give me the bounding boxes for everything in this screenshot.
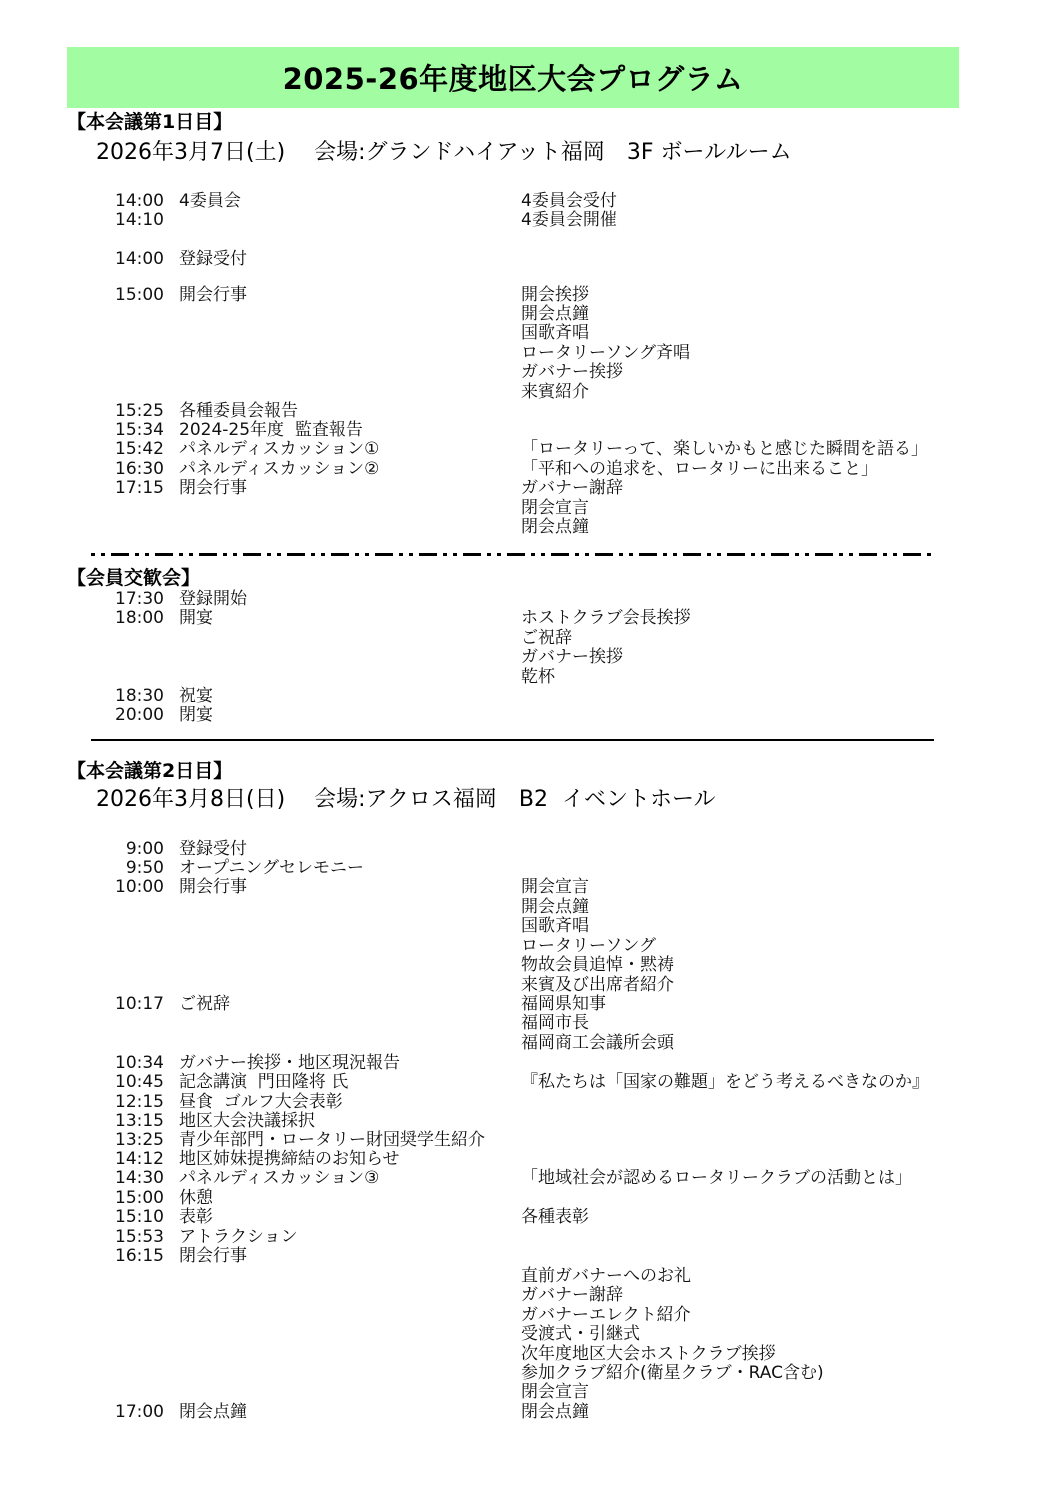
- item-cell: 閉宴: [179, 706, 213, 726]
- schedule-row: 14:30パネルディスカッション③「地域社会が認めるロータリークラブの活動とは」: [0, 1169, 1058, 1189]
- detail-cell: 「地域社会が認めるロータリークラブの活動とは」: [521, 1169, 912, 1189]
- schedule-row: 15:10表彰各種表彰: [0, 1208, 1058, 1228]
- detail-cell: 閉会宣言: [521, 499, 589, 519]
- time-cell: 13:25: [96, 1131, 164, 1151]
- time-cell: 9:00: [96, 840, 164, 860]
- schedule-row: ガバナー謝辞: [0, 1286, 1058, 1306]
- schedule-row: ご祝辞: [0, 629, 1058, 649]
- item-cell: 昼食 ゴルフ大会表彰: [179, 1093, 343, 1113]
- time-cell: 10:00: [96, 878, 164, 898]
- time-cell: 18:30: [96, 687, 164, 707]
- schedule-row: 閉会宣言: [0, 499, 1058, 519]
- schedule-row: 福岡商工会議所会頭: [0, 1034, 1058, 1054]
- schedule-row: 受渡式・引継式: [0, 1325, 1058, 1345]
- time-cell: 14:00: [96, 192, 164, 212]
- detail-cell: 開会宣言: [521, 878, 589, 898]
- schedule-row: 10:00開会行事開会宣言: [0, 878, 1058, 898]
- detail-cell: 各種表彰: [521, 1208, 589, 1228]
- schedule-row: ガバナー挨拶: [0, 648, 1058, 668]
- detail-cell: 来賓紹介: [521, 383, 589, 403]
- schedule-row: 10:17ご祝辞福岡県知事: [0, 995, 1058, 1015]
- detail-cell: ホストクラブ会長挨拶: [521, 609, 691, 629]
- item-cell: 開会行事: [179, 286, 247, 306]
- detail-cell: 福岡市長: [521, 1014, 589, 1034]
- time-cell: 18:00: [96, 609, 164, 629]
- time-cell: 17:15: [96, 479, 164, 499]
- day1-date-venue: 2026年3月7日(土) 会場:グランドハイアット福岡 3F ボールルーム: [96, 139, 792, 167]
- time-cell: 10:45: [96, 1073, 164, 1093]
- solid-divider: [91, 739, 934, 741]
- schedule-row: ロータリーソング: [0, 937, 1058, 957]
- item-cell: 休憩: [179, 1189, 213, 1209]
- schedule-row: 15:00休憩: [0, 1189, 1058, 1209]
- item-cell: 各種委員会報告: [179, 402, 298, 422]
- detail-cell: ガバナーエレクト紹介: [521, 1306, 691, 1326]
- time-cell: 17:00: [96, 1403, 164, 1423]
- time-cell: 16:15: [96, 1247, 164, 1267]
- detail-cell: 乾杯: [521, 668, 555, 688]
- detail-cell: ガバナー挨拶: [521, 363, 623, 383]
- detail-cell: ロータリーソング: [521, 937, 656, 957]
- schedule-row: 閉会宣言: [0, 1383, 1058, 1403]
- time-cell: 14:12: [96, 1150, 164, 1170]
- schedule-row: 15:00開会行事開会挨拶: [0, 286, 1058, 306]
- schedule-row: 10:34ガバナー挨拶・地区現況報告: [0, 1054, 1058, 1074]
- time-cell: 12:15: [96, 1093, 164, 1113]
- document-title: 2025-26年度地区大会プログラム: [283, 57, 744, 98]
- item-cell: 登録開始: [179, 590, 247, 610]
- schedule-row: 9:50オープニングセレモニー: [0, 859, 1058, 879]
- detail-cell: ガバナー挨拶: [521, 648, 623, 668]
- detail-cell: ガバナー謝辞: [521, 1286, 623, 1306]
- time-cell: 15:10: [96, 1208, 164, 1228]
- detail-cell: 「ロータリーって、楽しいかもと感じた瞬間を語る」: [521, 440, 928, 460]
- detail-cell: 国歌斉唱: [521, 917, 589, 937]
- schedule-row: 16:15閉会行事: [0, 1247, 1058, 1267]
- schedule-row: 閉会点鐘: [0, 518, 1058, 538]
- schedule-row: 開会点鐘: [0, 305, 1058, 325]
- item-cell: 閉会行事: [179, 479, 247, 499]
- schedule-row: 13:15地区大会決議採択: [0, 1112, 1058, 1132]
- item-cell: ガバナー挨拶・地区現況報告: [179, 1054, 400, 1074]
- item-cell: パネルディスカッション①: [179, 440, 379, 460]
- schedule-row: 14:12地区姉妹提携締結のお知らせ: [0, 1150, 1058, 1170]
- time-cell: 15:00: [96, 1189, 164, 1209]
- time-cell: 14:30: [96, 1169, 164, 1189]
- schedule-row: 15:25各種委員会報告: [0, 402, 1058, 422]
- schedule-row: 15:53アトラクション: [0, 1228, 1058, 1248]
- schedule-row: 15:42パネルディスカッション①「ロータリーって、楽しいかもと感じた瞬間を語る…: [0, 440, 1058, 460]
- detail-cell: 来賓及び出席者紹介: [521, 976, 674, 996]
- item-cell: 登録受付: [179, 840, 247, 860]
- section-heading-day1: 【本会議第1日目】: [67, 110, 232, 134]
- time-cell: 15:42: [96, 440, 164, 460]
- schedule-row: 来賓紹介: [0, 383, 1058, 403]
- schedule-row: 14:104委員会開催: [0, 211, 1058, 231]
- time-cell: 15:34: [96, 421, 164, 441]
- time-cell: 10:17: [96, 995, 164, 1015]
- title-banner: 2025-26年度地区大会プログラム: [67, 47, 959, 108]
- detail-cell: 「平和への追求を、ロータリーに出来ること」: [521, 460, 878, 480]
- time-cell: 15:25: [96, 402, 164, 422]
- item-cell: 地区姉妹提携締結のお知らせ: [179, 1150, 400, 1170]
- schedule-row: 10:45記念講演 門田隆将 氏『私たちは「国家の難題」をどう考えるべきなのか』: [0, 1073, 1058, 1093]
- schedule-row: 13:25青少年部門・ロータリー財団奨学生紹介: [0, 1131, 1058, 1151]
- time-cell: 14:10: [96, 211, 164, 231]
- detail-cell: 4委員会受付: [521, 192, 617, 212]
- schedule-row: 14:004委員会4委員会受付: [0, 192, 1058, 212]
- schedule-row: ガバナー挨拶: [0, 363, 1058, 383]
- schedule-row: 17:30登録開始: [0, 590, 1058, 610]
- schedule-row: 9:00登録受付: [0, 840, 1058, 860]
- section-heading-reception: 【会員交歓会】: [67, 566, 200, 590]
- time-cell: 14:00: [96, 250, 164, 270]
- day2-date-venue: 2026年3月8日(日) 会場:アクロス福岡 B2 イベントホール: [96, 786, 716, 814]
- detail-cell: 開会点鐘: [521, 898, 589, 918]
- item-cell: ご祝辞: [179, 995, 230, 1015]
- time-cell: 17:30: [96, 590, 164, 610]
- detail-cell: 閉会点鐘: [521, 1403, 589, 1423]
- item-cell: 開宴: [179, 609, 213, 629]
- schedule-row: 乾杯: [0, 668, 1058, 688]
- schedule-row: 国歌斉唱: [0, 324, 1058, 344]
- schedule-row: 18:00開宴ホストクラブ会長挨拶: [0, 609, 1058, 629]
- schedule-row: 直前ガバナーへのお礼: [0, 1267, 1058, 1287]
- detail-cell: 次年度地区大会ホストクラブ挨拶: [521, 1345, 776, 1365]
- schedule-row: 16:30パネルディスカッション②「平和への追求を、ロータリーに出来ること」: [0, 460, 1058, 480]
- detail-cell: 『私たちは「国家の難題」をどう考えるべきなのか』: [521, 1073, 929, 1093]
- item-cell: オープニングセレモニー: [179, 859, 364, 879]
- schedule-row: ガバナーエレクト紹介: [0, 1306, 1058, 1326]
- item-cell: 閉会行事: [179, 1247, 247, 1267]
- time-cell: 13:15: [96, 1112, 164, 1132]
- schedule-row: 開会点鐘: [0, 898, 1058, 918]
- detail-cell: 直前ガバナーへのお礼: [521, 1267, 691, 1287]
- detail-cell: 4委員会開催: [521, 211, 617, 231]
- detail-cell: ロータリーソング斉唱: [521, 344, 690, 364]
- detail-cell: 開会点鐘: [521, 305, 589, 325]
- detail-cell: 受渡式・引継式: [521, 1325, 640, 1345]
- time-cell: 15:53: [96, 1228, 164, 1248]
- item-cell: 表彰: [179, 1208, 213, 1228]
- detail-cell: 開会挨拶: [521, 286, 589, 306]
- schedule-row: 20:00閉宴: [0, 706, 1058, 726]
- section-heading-day2: 【本会議第2日目】: [67, 759, 232, 783]
- schedule-row: 17:15閉会行事ガバナー謝辞: [0, 479, 1058, 499]
- schedule-row: 参加クラブ紹介(衛星クラブ・RAC含む): [0, 1364, 1058, 1384]
- item-cell: アトラクション: [179, 1228, 298, 1248]
- schedule-row: 18:30祝宴: [0, 687, 1058, 707]
- schedule-row: 物故会員追悼・黙祷: [0, 956, 1058, 976]
- item-cell: 祝宴: [179, 687, 213, 707]
- detail-cell: 福岡県知事: [521, 995, 606, 1015]
- schedule-row: 15:342024-25年度 監査報告: [0, 421, 1058, 441]
- time-cell: 15:00: [96, 286, 164, 306]
- detail-cell: 閉会宣言: [521, 1383, 589, 1403]
- schedule-row: 次年度地区大会ホストクラブ挨拶: [0, 1345, 1058, 1365]
- time-cell: 9:50: [96, 859, 164, 879]
- schedule-row: 国歌斉唱: [0, 917, 1058, 937]
- detail-cell: 福岡商工会議所会頭: [521, 1034, 674, 1054]
- schedule-row: ロータリーソング斉唱: [0, 344, 1058, 364]
- schedule-row: 来賓及び出席者紹介: [0, 976, 1058, 996]
- item-cell: 開会行事: [179, 878, 247, 898]
- dash-dot-divider: [91, 553, 934, 556]
- item-cell: パネルディスカッション③: [179, 1169, 379, 1189]
- item-cell: 記念講演 門田隆将 氏: [179, 1073, 348, 1093]
- item-cell: 4委員会: [179, 192, 241, 212]
- item-cell: パネルディスカッション②: [179, 460, 379, 480]
- detail-cell: 閉会点鐘: [521, 518, 589, 538]
- time-cell: 10:34: [96, 1054, 164, 1074]
- schedule-row: 12:15昼食 ゴルフ大会表彰: [0, 1093, 1058, 1113]
- detail-cell: 物故会員追悼・黙祷: [521, 956, 674, 976]
- detail-cell: ガバナー謝辞: [521, 479, 623, 499]
- item-cell: 青少年部門・ロータリー財団奨学生紹介: [179, 1131, 485, 1151]
- item-cell: 閉会点鐘: [179, 1403, 247, 1423]
- detail-cell: 国歌斉唱: [521, 324, 589, 344]
- item-cell: 登録受付: [179, 250, 247, 270]
- item-cell: 地区大会決議採択: [179, 1112, 315, 1132]
- detail-cell: 参加クラブ紹介(衛星クラブ・RAC含む): [521, 1364, 824, 1384]
- schedule-row: 14:00登録受付: [0, 250, 1058, 270]
- schedule-row: 福岡市長: [0, 1014, 1058, 1034]
- detail-cell: ご祝辞: [521, 629, 572, 649]
- time-cell: 16:30: [96, 460, 164, 480]
- item-cell: 2024-25年度 監査報告: [179, 421, 363, 441]
- schedule-row: 17:00閉会点鐘閉会点鐘: [0, 1403, 1058, 1423]
- time-cell: 20:00: [96, 706, 164, 726]
